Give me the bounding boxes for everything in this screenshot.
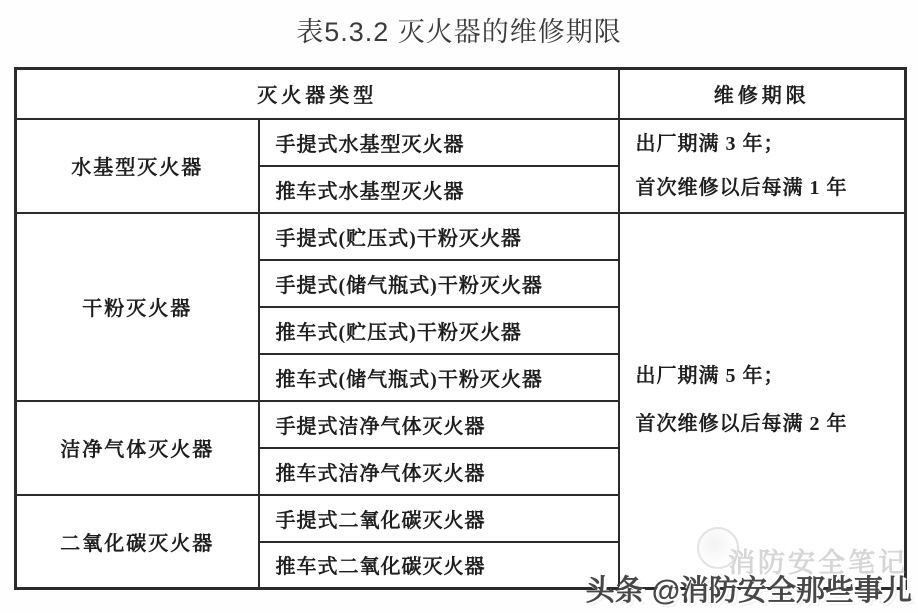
period-others: 出厂期满 5 年； 首次维修以后每满 2 年 bbox=[619, 213, 906, 589]
table-title: 表5.3.2 灭火器的维修期限 bbox=[0, 10, 918, 49]
type-cell: 手提式(贮压式)干粉灭火器 bbox=[259, 213, 619, 260]
table-row: 干粉灭火器 手提式(贮压式)干粉灭火器 出厂期满 5 年； 首次维修以后每满 2… bbox=[16, 213, 906, 260]
maintenance-period-table: 灭火器类型 维修期限 水基型灭火器 手提式水基型灭火器 出厂期满 3 年； 首次… bbox=[14, 67, 907, 590]
group-water-based: 水基型灭火器 bbox=[16, 119, 259, 213]
group-clean-agent: 洁净气体灭火器 bbox=[16, 401, 259, 495]
document-page: 表5.3.2 灭火器的维修期限 灭火器类型 维修期限 水基型灭火器 手提式水基型… bbox=[0, 0, 918, 613]
period-line-2: 首次维修以后每满 1 年 bbox=[636, 177, 905, 199]
type-cell: 推车式洁净气体灭火器 bbox=[259, 448, 619, 495]
table-header-row: 灭火器类型 维修期限 bbox=[16, 69, 906, 119]
period-line-1: 出厂期满 5 年； bbox=[636, 365, 905, 387]
type-cell: 推车式水基型灭火器 bbox=[259, 166, 619, 213]
type-cell: 推车式(储气瓶式)干粉灭火器 bbox=[259, 354, 619, 401]
group-dry-powder: 干粉灭火器 bbox=[16, 213, 259, 401]
period-line-1: 出厂期满 3 年； bbox=[636, 133, 905, 155]
type-cell: 推车式二氧化碳灭火器 bbox=[259, 542, 619, 589]
header-maintenance-period: 维修期限 bbox=[619, 69, 906, 119]
type-cell: 手提式水基型灭火器 bbox=[259, 119, 619, 166]
group-carbon-dioxide: 二氧化碳灭火器 bbox=[16, 495, 259, 589]
type-cell: 手提式洁净气体灭火器 bbox=[259, 401, 619, 448]
watermark-attribution-text: 头条 @消防安全那些事儿 bbox=[586, 568, 912, 609]
period-line-2: 首次维修以后每满 2 年 bbox=[636, 413, 905, 435]
type-cell: 手提式二氧化碳灭火器 bbox=[259, 495, 619, 542]
type-cell: 推车式(贮压式)干粉灭火器 bbox=[259, 307, 619, 354]
period-water-based: 出厂期满 3 年； 首次维修以后每满 1 年 bbox=[619, 119, 906, 213]
table-row: 水基型灭火器 手提式水基型灭火器 出厂期满 3 年； 首次维修以后每满 1 年 bbox=[16, 119, 906, 166]
header-extinguisher-type: 灭火器类型 bbox=[16, 69, 619, 119]
type-cell: 手提式(储气瓶式)干粉灭火器 bbox=[259, 260, 619, 307]
